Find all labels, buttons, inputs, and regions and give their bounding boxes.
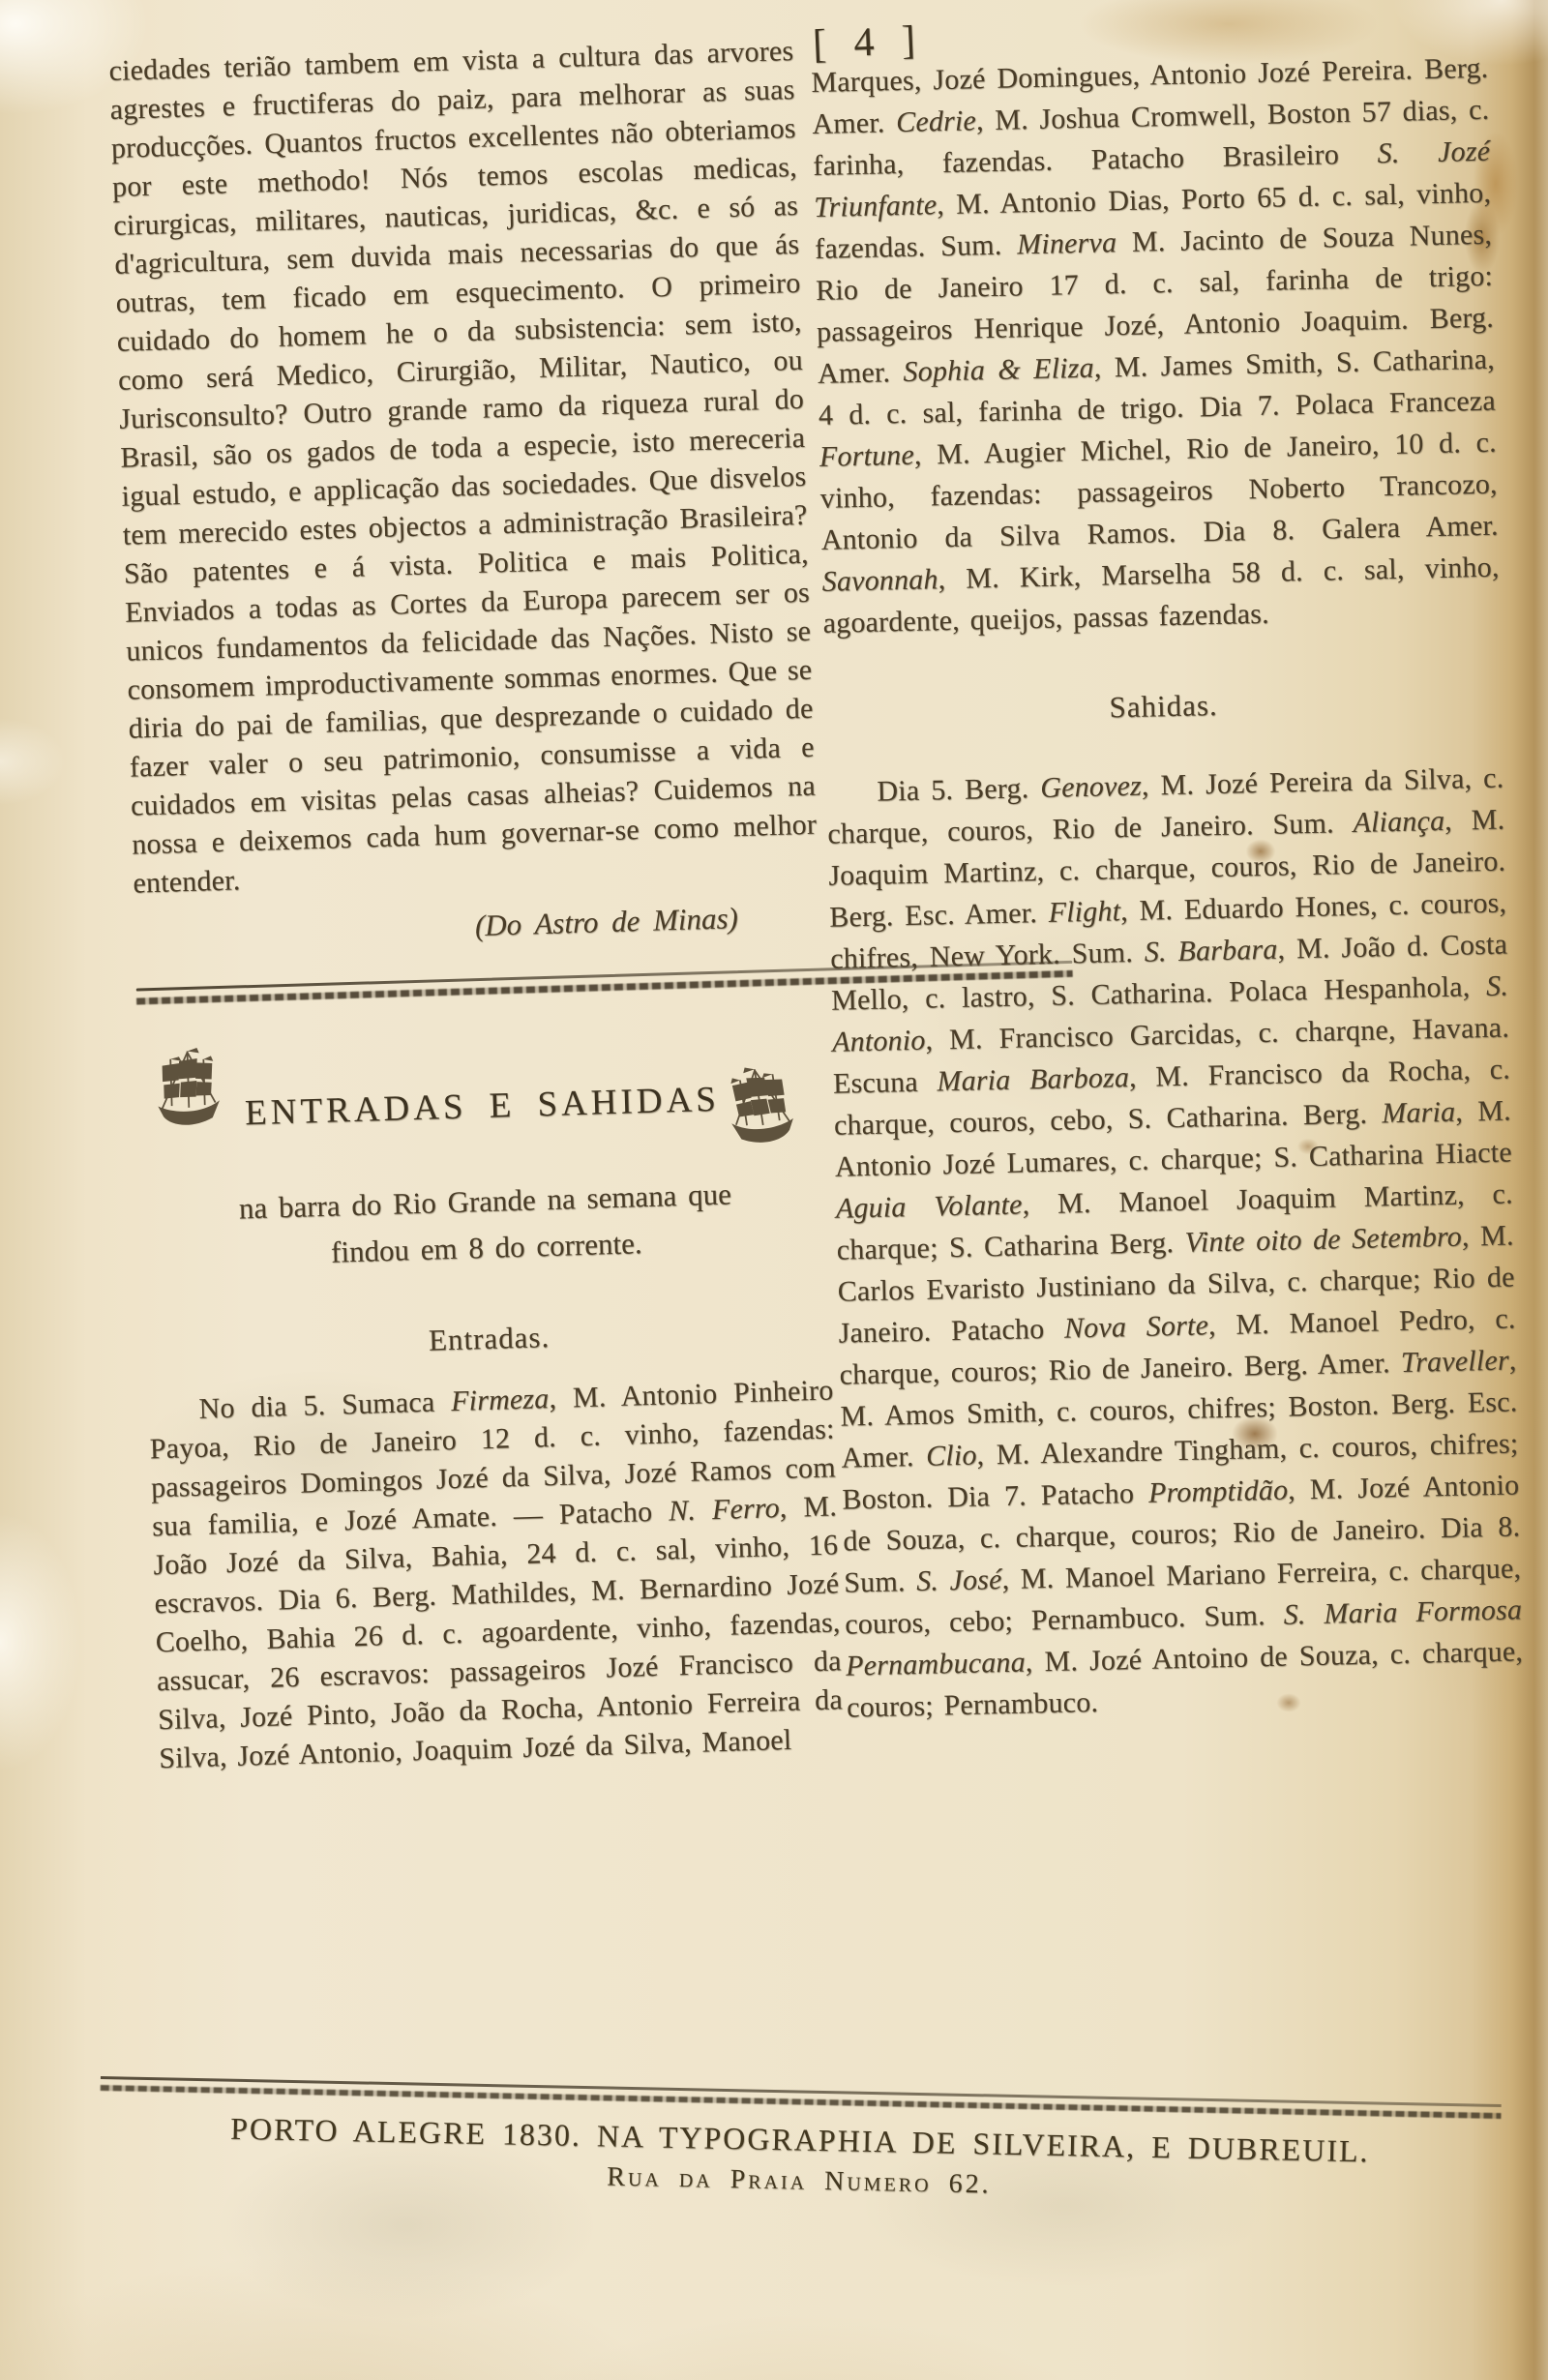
- sahidas-paragraph: Dia 5. Berg. Genovez, M. Jozé Pereira da…: [826, 758, 1524, 1729]
- imprint-footer: PORTO ALEGRE 1830. NA TYPOGRAPHIA DE SIL…: [99, 2076, 1502, 2211]
- sahidas-heading: Sahidas.: [824, 682, 1503, 731]
- entradas-paragraph: No dia 5. Sumaca Firmeza, M. Antonio Pin…: [148, 1371, 845, 1778]
- right-column: Marques, Jozé Domingues, Antonio Jozé Pe…: [811, 47, 1524, 1729]
- left-column: ciedades terião tambem em vista a cultur…: [108, 32, 845, 1778]
- article-continuation: ciedades terião tambem em vista a cultur…: [108, 32, 819, 904]
- article-attribution: (Do Astro de Minas): [134, 899, 820, 954]
- entradas-heading: Entradas.: [146, 1311, 832, 1366]
- entradas-continuation-paragraph: Marques, Jozé Domingues, Antonio Jozé Pe…: [811, 47, 1501, 644]
- ship-icon-left: [152, 1045, 228, 1132]
- section-subtitle: na barra do Rio Grande na semana que fin…: [142, 1168, 830, 1281]
- scanned-newspaper-page: { "page": { "number": "[ 4 ]" }, "colors…: [0, 0, 1548, 2380]
- ship-icon-right: [716, 1058, 801, 1153]
- newspaper-page: [ 4 ] ciedades terião tambem em vista a …: [0, 0, 1548, 2380]
- shipping-section-header: ENTRADAS E SAHIDAS: [138, 1037, 826, 1172]
